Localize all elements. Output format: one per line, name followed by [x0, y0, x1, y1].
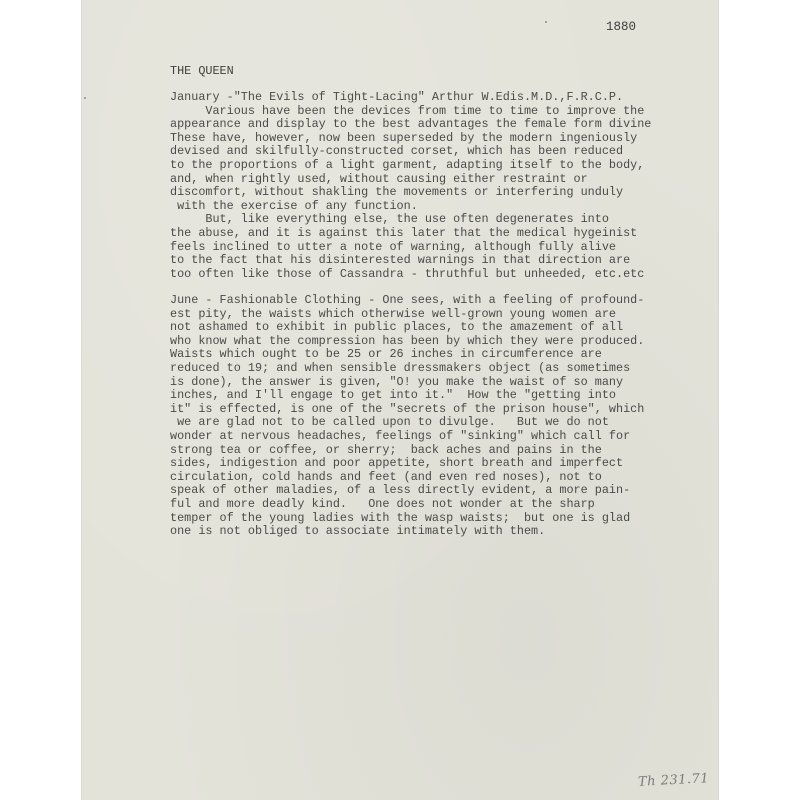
paper-speck: [84, 97, 86, 99]
text-line: appearance and display to the best advan…: [170, 118, 651, 132]
text-line: who know what the compression has been b…: [170, 335, 644, 349]
text-line: est pity, the waists which otherwise wel…: [170, 308, 644, 322]
text-line: wonder at nervous headaches, feelings of…: [170, 430, 644, 444]
text-line: reduced to 19; and when sensible dressma…: [170, 362, 644, 376]
text-line: and, when rightly used, without causing …: [170, 173, 651, 187]
text-line: we are glad not to be called upon to div…: [170, 416, 644, 430]
text-line: one is not obliged to associate intimate…: [170, 525, 644, 539]
typewritten-page: 1880 THE QUEEN January -"The Evils of Ti…: [81, 0, 719, 800]
text-line: Various have been the devices from time …: [170, 105, 651, 119]
text-line: feels inclined to utter a note of warnin…: [170, 241, 651, 255]
text-line: circulation, cold hands and feet (and ev…: [170, 471, 644, 485]
text-line: These have, however, now been superseded…: [170, 132, 651, 146]
text-line: sides, indigestion and poor appetite, sh…: [170, 457, 644, 471]
text-line: devised and skilfully-constructed corset…: [170, 145, 651, 159]
text-line: January -"The Evils of Tight-Lacing" Art…: [170, 91, 651, 105]
text-line: to the proportions of a light garment, a…: [170, 159, 651, 173]
text-line: ful and more deadly kind. One does not w…: [170, 498, 644, 512]
text-line: it" is effected, is one of the "secrets …: [170, 403, 644, 417]
text-line: speak of other maladies, of a less direc…: [170, 484, 644, 498]
text-line: is done), the answer is given, "O! you m…: [170, 376, 644, 390]
publication-title: THE QUEEN: [170, 64, 234, 78]
paper-speck: [545, 21, 547, 23]
section-june: June - Fashionable Clothing - One sees, …: [170, 294, 644, 539]
text-line: too often like those of Cassandra - thru…: [170, 268, 651, 282]
section-january: January -"The Evils of Tight-Lacing" Art…: [170, 91, 651, 281]
text-line: temper of the young ladies with the wasp…: [170, 512, 644, 526]
text-line: discomfort, without shakling the movemen…: [170, 186, 651, 200]
text-line: But, like everything else, the use often…: [170, 213, 651, 227]
text-line: to the fact that his disinterested warni…: [170, 254, 651, 268]
text-line: June - Fashionable Clothing - One sees, …: [170, 294, 644, 308]
text-line: the abuse, and it is against this later …: [170, 227, 651, 241]
text-line: inches, and I'll engage to get into it."…: [170, 389, 644, 403]
text-line: Waists which ought to be 25 or 26 inches…: [170, 348, 644, 362]
text-line: strong tea or coffee, or sherry; back ac…: [170, 444, 644, 458]
text-line: not ashamed to exhibit in public places,…: [170, 321, 644, 335]
archive-mark: Th 231.71: [638, 771, 710, 790]
text-line: with the exercise of any function.: [170, 200, 651, 214]
document-year: 1880: [606, 20, 636, 34]
